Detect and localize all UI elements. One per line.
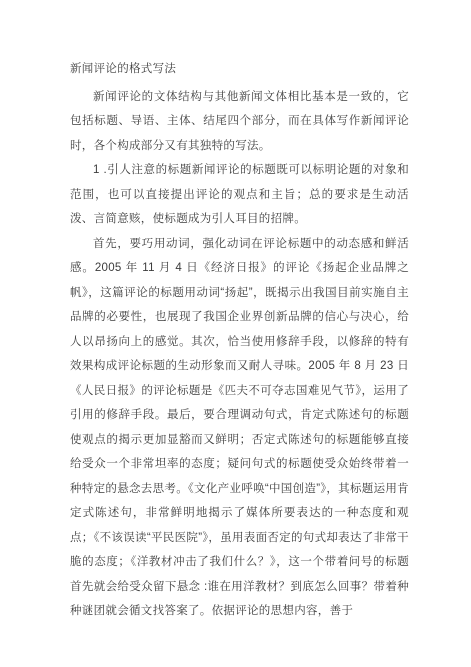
document-title: 新闻评论的格式写法 [70, 57, 409, 82]
paragraph-intro: 新闻评论的文体结构与其他新闻文体相比基本是一致的，它包括标题、导语、主体、结尾四… [70, 85, 409, 159]
document-page: 新闻评论的格式写法 新闻评论的文体结构与其他新闻文体相比基本是一致的，它包括标题… [0, 0, 471, 667]
paragraph-headline-techniques: 首先，要巧用动词，强化动词在评论标题中的动态感和鲜活感。2005 年 11 月 … [70, 232, 409, 624]
paragraph-headline-requirements: 1 .引人注意的标题新闻评论的标题既可以标明论题的对象和范围，也可以直接提出评论… [70, 158, 409, 232]
document-viewport: 新闻评论的格式写法 新闻评论的文体结构与其他新闻文体相比基本是一致的，它包括标题… [0, 0, 471, 667]
